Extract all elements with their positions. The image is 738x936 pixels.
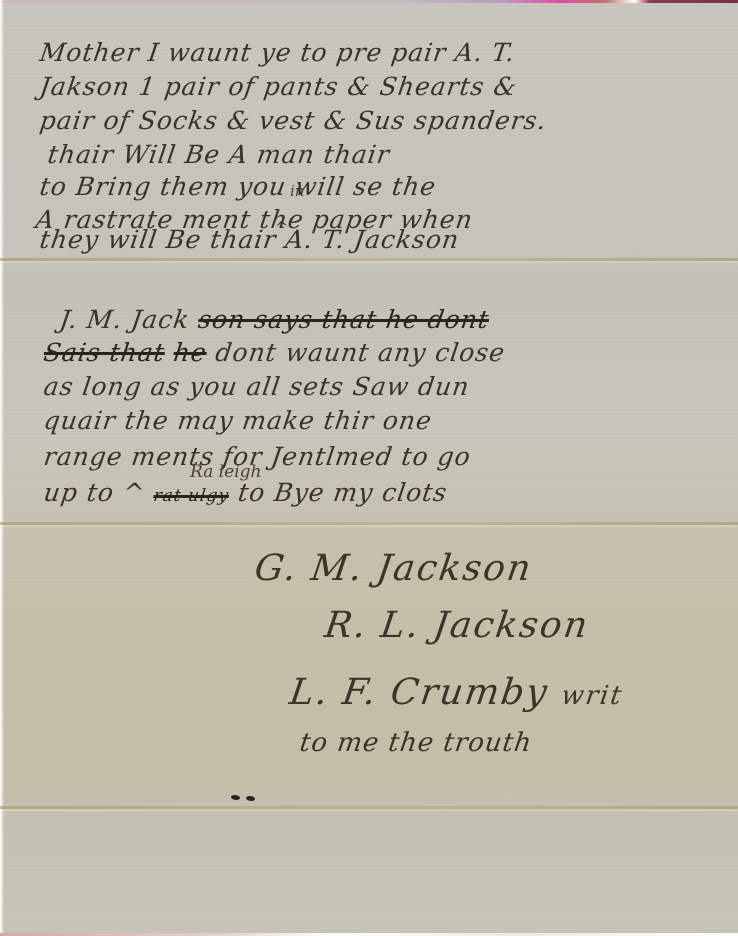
signature: G. M. Jackson bbox=[252, 548, 535, 589]
letter-line: pair of Socks & vest & Sus spanders. bbox=[38, 106, 549, 135]
insertion-text: in bbox=[290, 182, 304, 200]
closing-line: to me the trouth bbox=[298, 728, 534, 758]
insertion-caret: ^ bbox=[121, 478, 147, 507]
letter-line-signed: they will Be thair A. T. Jackson bbox=[38, 225, 461, 254]
struck-text: he bbox=[172, 338, 209, 367]
line-text: J. M. Jack bbox=[58, 305, 192, 334]
signature-note: writ bbox=[559, 681, 625, 711]
scan-edge-left bbox=[0, 0, 4, 936]
line-text: dont waunt any close bbox=[214, 338, 507, 367]
letter-line: J. M. Jack son says that he dont bbox=[58, 305, 491, 334]
line-text: to Bye my clots bbox=[236, 478, 449, 507]
struck-text: rat ulgy bbox=[152, 486, 230, 506]
struck-text: son says that he dont bbox=[196, 305, 491, 334]
fold-line bbox=[0, 258, 738, 261]
letter-page: Mother I waunt ye to pre pair A. T. Jaks… bbox=[0, 0, 738, 936]
letter-line: quair the may make thir one bbox=[42, 406, 434, 435]
line-text: up to bbox=[42, 478, 116, 507]
fold-line bbox=[0, 522, 738, 525]
letter-line: Jakson 1 pair of pants & Shearts & bbox=[38, 72, 519, 101]
struck-text: Sais that bbox=[42, 338, 167, 367]
letter-line: as long as you all sets Saw dun bbox=[42, 372, 472, 401]
ink-blot bbox=[231, 795, 240, 800]
letter-line: up to ^ rat ulgy to Bye my clots bbox=[42, 478, 449, 507]
signature: L. F. Crumby writ bbox=[287, 672, 626, 713]
signature: R. L. Jackson bbox=[322, 605, 592, 646]
letter-line: Mother I waunt ye to pre pair A. T. bbox=[38, 38, 517, 67]
signature-name: L. F. Crumby bbox=[287, 672, 551, 713]
ink-blot bbox=[246, 796, 255, 801]
letter-line: to Bring them you will se the bbox=[38, 172, 438, 201]
scan-edge-top bbox=[0, 0, 738, 3]
letter-line: thair Will Be A man thair bbox=[46, 140, 392, 169]
fold-line bbox=[0, 806, 738, 809]
letter-line: Sais that he dont waunt any close bbox=[42, 338, 507, 367]
